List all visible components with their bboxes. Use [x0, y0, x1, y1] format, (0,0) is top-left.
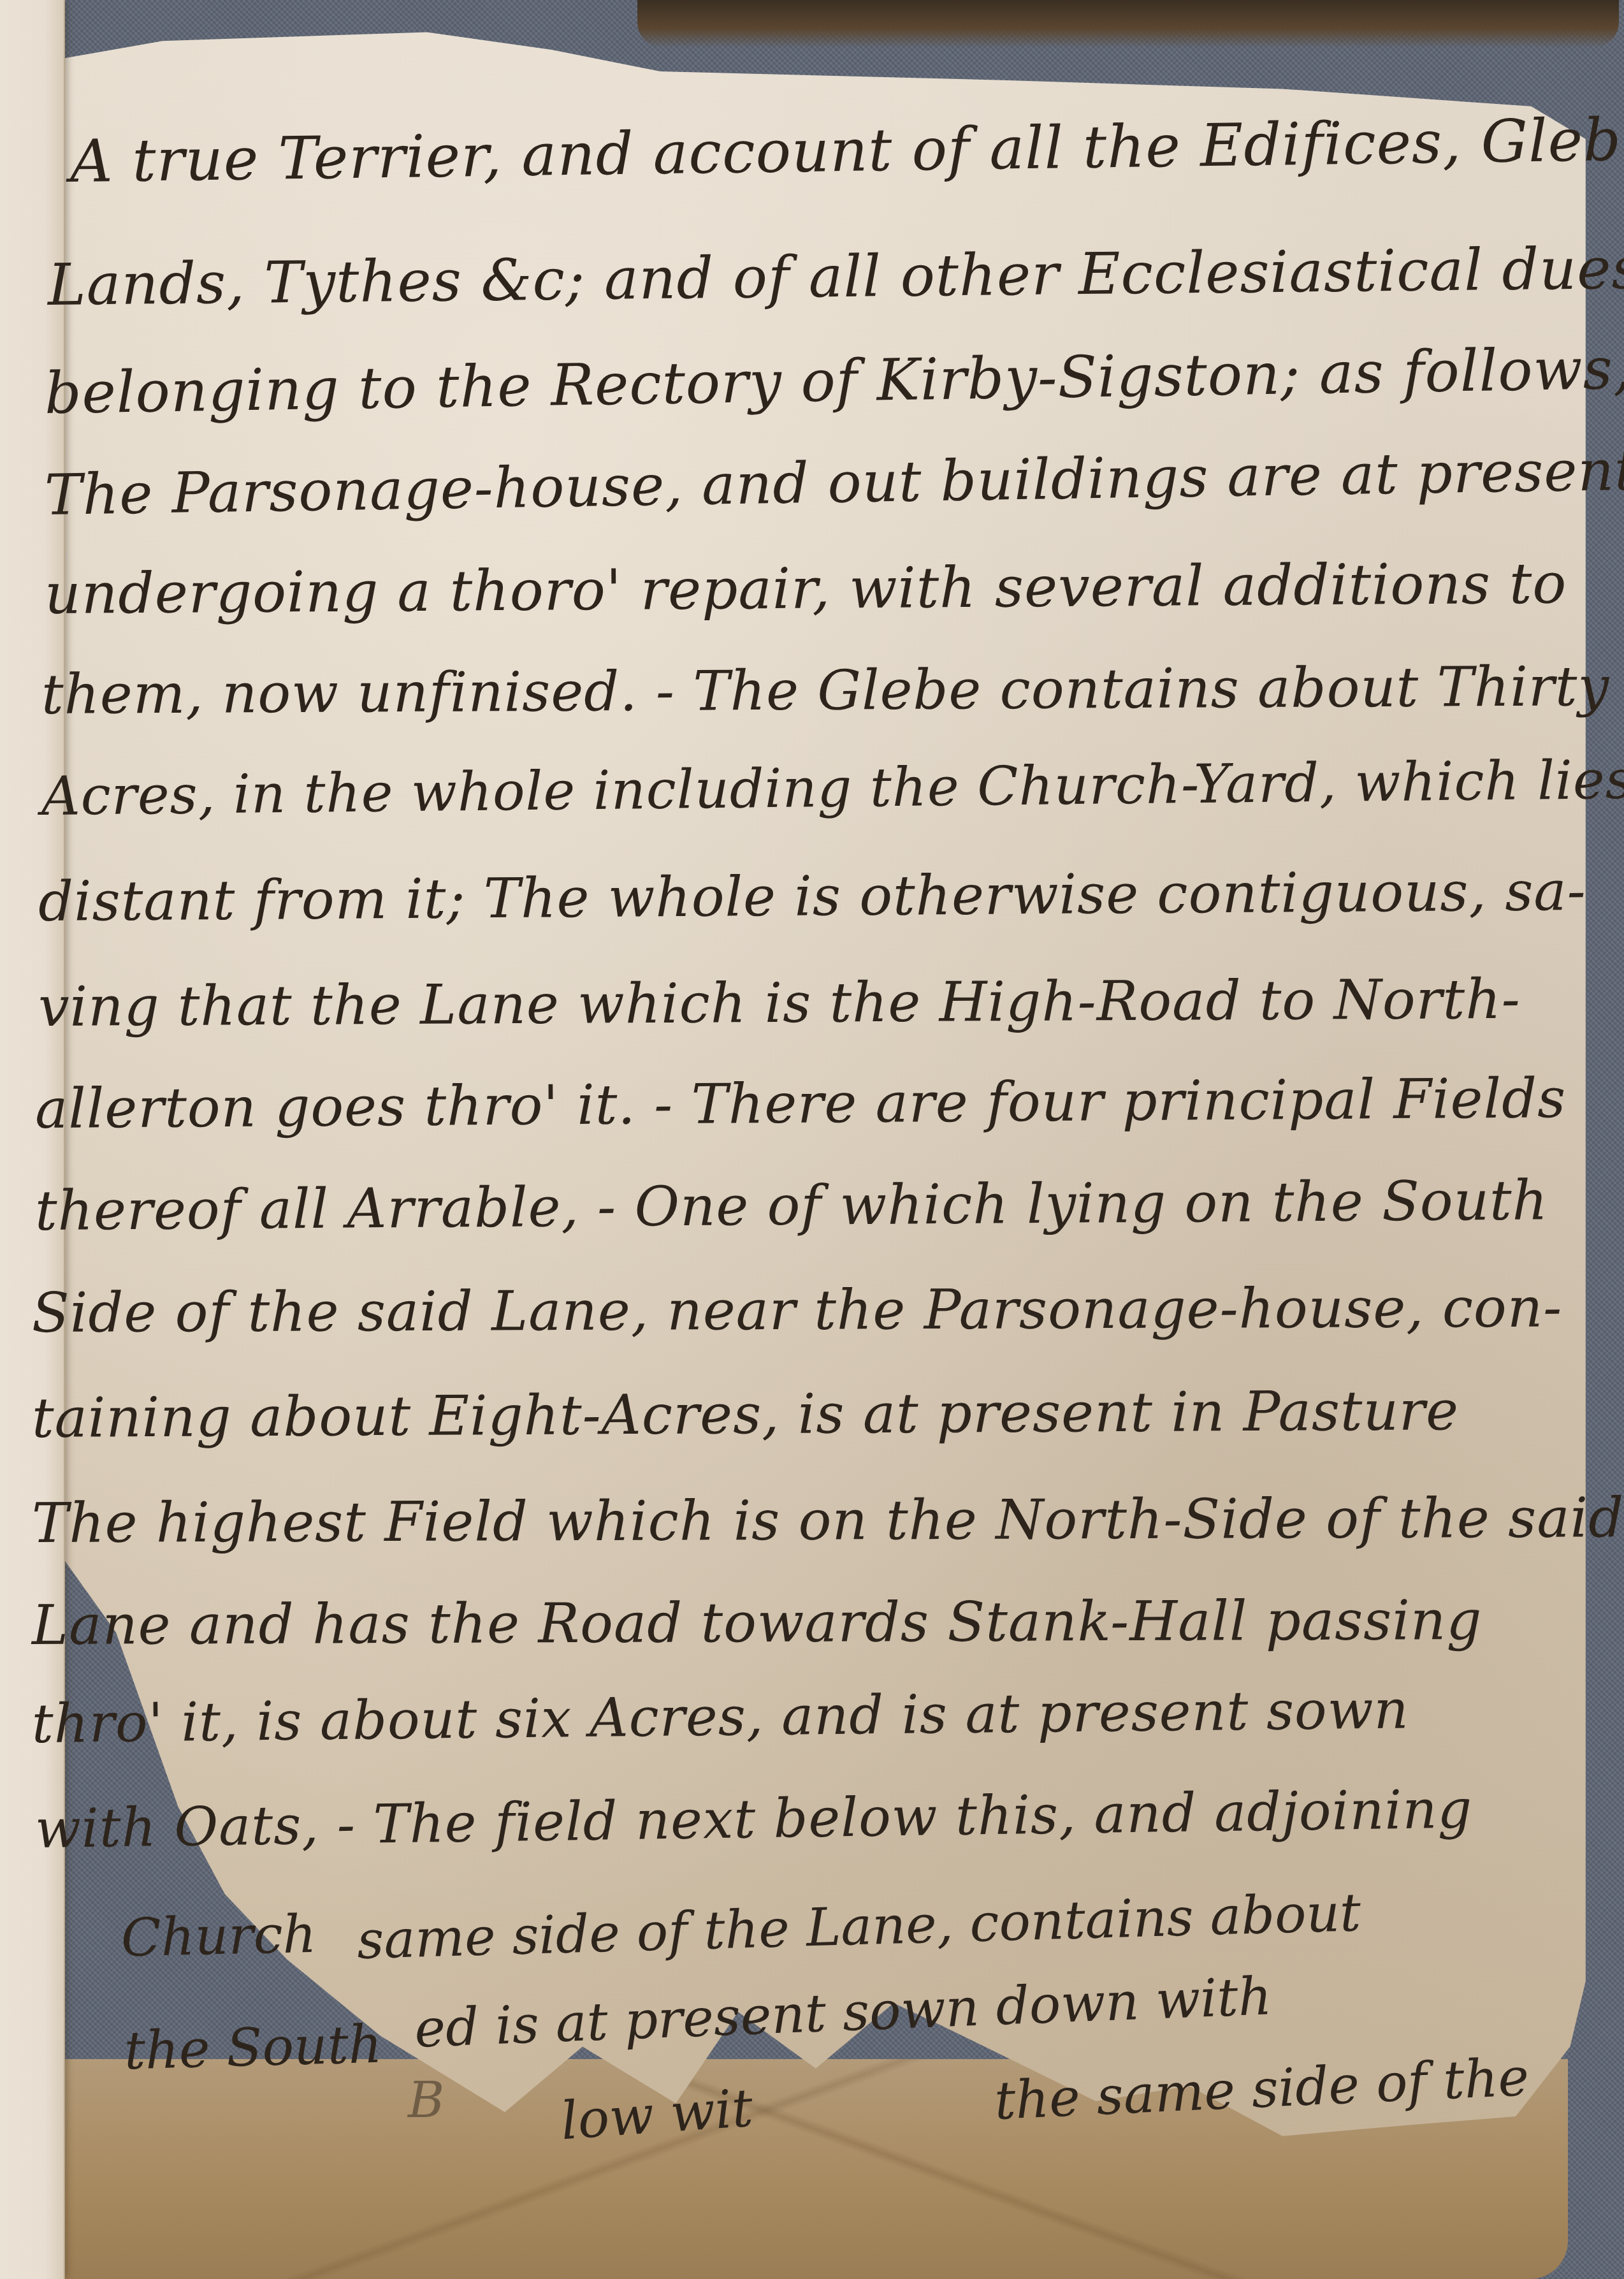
torn-top-edge: [637, 0, 1619, 48]
manuscript-line-10: allerton goes thro' it. - There are four…: [35, 1067, 1567, 1141]
fragment-church: Church: [120, 1904, 317, 1969]
manuscript-line-13: taining about Eight-Acres, is at present…: [32, 1379, 1459, 1450]
manuscript-line-5: undergoing a thoro' repair, with several…: [45, 550, 1567, 627]
manuscript-line-11: thereof all Arrable, - One of which lyin…: [35, 1169, 1549, 1243]
manuscript-line-14: The highest Field which is on the North-…: [32, 1486, 1624, 1555]
manuscript-line-12: Side of the said Lane, near the Parsonag…: [32, 1276, 1563, 1345]
manuscript-line-6: them, now unfinised. - The Glebe contain…: [41, 655, 1610, 727]
fragment-the-south: the South: [124, 2014, 383, 2082]
manuscript-line-8: distant from it; The whole is otherwise …: [38, 859, 1586, 934]
manuscript-line-9: ving that the Lane which is the High-Roa…: [38, 968, 1521, 1039]
fragment-letter-b: B: [408, 2072, 444, 2129]
manuscript-line-15: Lane and has the Road towards Stank-Hall…: [32, 1589, 1483, 1657]
